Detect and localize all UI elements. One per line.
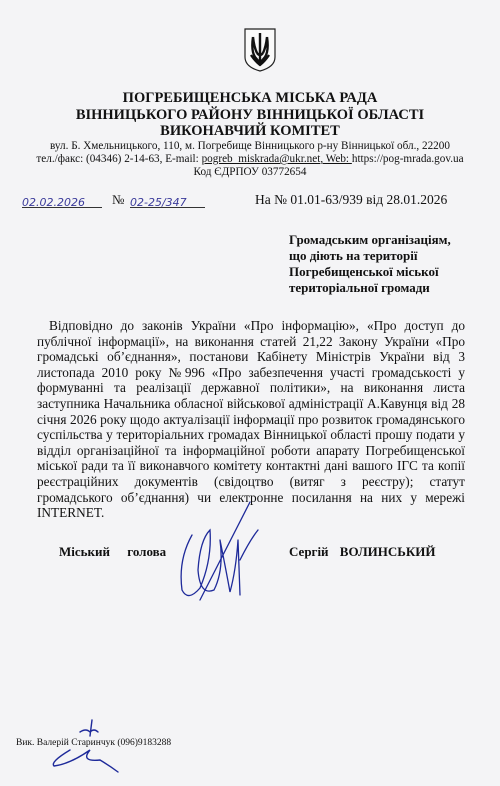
handwritten-signature-icon [170, 500, 280, 610]
org-contacts: тел./факс: (04346) 2-14-63, E-mail: pogr… [0, 153, 500, 166]
trident-coat-of-arms-icon [243, 27, 277, 73]
addressee-line: територіальної громади [289, 280, 451, 296]
signatory-name: Сергій ВОЛИНСЬКИЙ [289, 544, 435, 560]
addressee-line: Громадським організаціям, [289, 232, 451, 248]
web-link[interactable]: https://pog-mrada.gov.ua [352, 153, 464, 165]
outgoing-date-field: 02.02.2026 [22, 193, 102, 208]
contacts-prefix: тел./факс: (04346) 2-14-63, E-mail: [36, 153, 201, 165]
addressee-line: що діють на території [289, 248, 451, 264]
addressee-line: Погребищенської міської [289, 264, 451, 280]
org-edrpou-code: Код ЄДРПОУ 03772654 [0, 166, 500, 179]
addressee-block: Громадським організаціям, що діють на те… [289, 232, 451, 296]
number-sign: № [112, 192, 124, 208]
letter-body: Відповідно до законів України «Про інфор… [37, 318, 465, 521]
outgoing-number-handwritten: 02-25/347 [130, 196, 187, 209]
in-reply-to-reference: На № 01.01-63/939 від 28.01.2026 [255, 192, 447, 208]
email-link[interactable]: pogreb_miskrada@ukr.net [202, 153, 321, 165]
outgoing-number-field: 02-25/347 [130, 193, 205, 208]
org-name-line-3: ВИКОНАВЧИЙ КОМІТЕТ [0, 123, 500, 139]
org-name-line-2: ВІННИЦЬКОГО РАЙОНУ ВІННИЦЬКОЇ ОБЛАСТІ [0, 107, 500, 123]
executor-contact: Вик. Валерій Старинчук (096)9183288 [16, 738, 171, 748]
web-label: , Web: [320, 153, 352, 165]
org-address: вул. Б. Хмельницького, 110, м. Погребище… [0, 140, 500, 153]
outgoing-date-handwritten: 02.02.2026 [22, 196, 85, 209]
org-name-line-1: ПОГРЕБИЩЕНСЬКА МІСЬКА РАДА [0, 90, 500, 106]
body-paragraph: Відповідно до законів України «Про інфор… [37, 318, 465, 521]
scanned-letter-page: ПОГРЕБИЩЕНСЬКА МІСЬКА РАДА ВІННИЦЬКОГО Р… [0, 0, 500, 786]
signatory-role: Міський голова [59, 544, 166, 560]
